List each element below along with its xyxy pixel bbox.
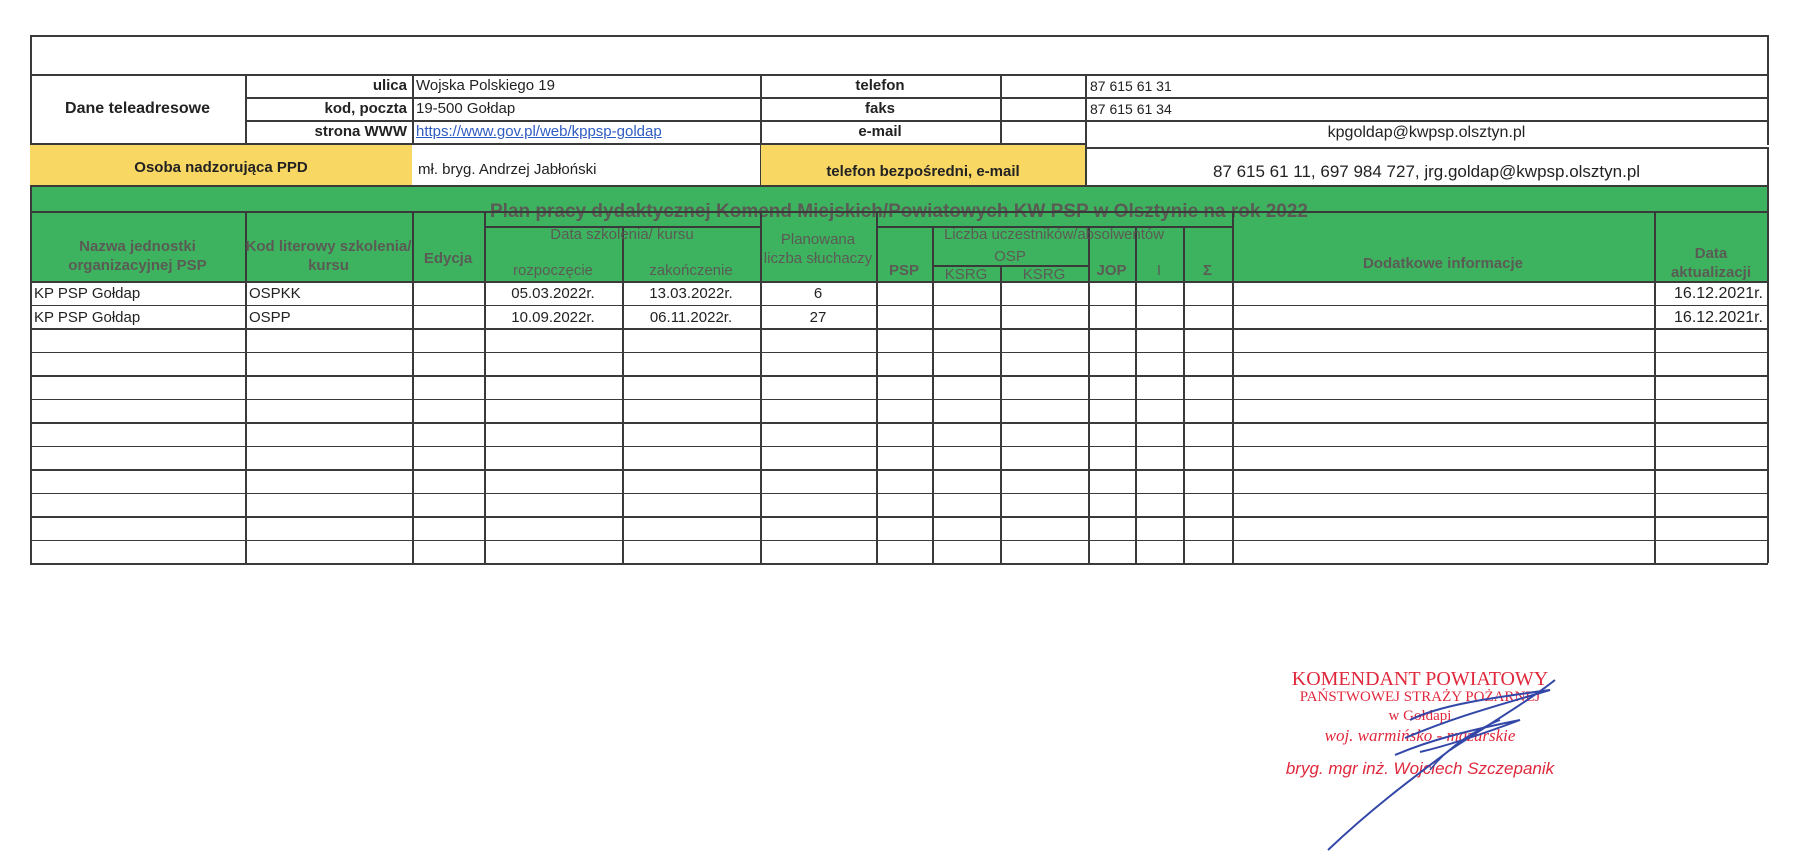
header-jop: JOP: [1088, 262, 1135, 281]
divider: [1085, 147, 1768, 149]
cell-code: OSPKK: [249, 286, 412, 301]
header-ksrg-1: KSRG: [932, 266, 1000, 285]
divider: [30, 185, 1768, 187]
phone-label: telefon: [760, 78, 1000, 93]
divider: [30, 540, 1768, 542]
header-planned: Planowana liczba słuchaczy: [760, 231, 876, 269]
signature-scribble-icon: [1300, 660, 1600, 860]
divider: [30, 305, 1768, 307]
divider: [30, 211, 1768, 213]
header-edition: Edycja: [412, 250, 484, 269]
phone-value: 87 615 61 31: [1090, 79, 1172, 93]
header-updated: Data aktualizacji: [1654, 245, 1768, 283]
email-value: kpgoldap@kwpsp.olsztyn.pl: [1085, 125, 1768, 141]
divider: [245, 97, 1768, 99]
cell-end: 06.11.2022r.: [622, 310, 760, 325]
cell-start: 10.09.2022r.: [484, 310, 622, 325]
fax-value: 87 615 61 34: [1090, 102, 1172, 116]
contact-section-label: Dane teleadresowe: [30, 101, 245, 117]
supervisor-label: Osoba nadzorująca PPD: [30, 160, 412, 175]
divider: [1000, 74, 1002, 144]
divider: [30, 493, 1768, 495]
direct-contact-label: telefon bezpośredni, e-mail: [761, 164, 1085, 179]
postal-label: kod, poczta: [245, 101, 407, 116]
divider: [245, 120, 1768, 122]
header-end: zakończenie: [622, 262, 760, 281]
divider: [30, 185, 32, 211]
cell-unit: KP PSP Gołdap: [34, 286, 245, 301]
www-label: strona WWW: [245, 124, 407, 139]
divider: [30, 352, 1768, 354]
divider: [30, 281, 1768, 283]
header-psp: PSP: [876, 262, 932, 281]
header-start: rozpoczęcie: [484, 262, 622, 281]
divider: [30, 446, 1768, 448]
divider: [30, 375, 1768, 377]
supervisor-value: mł. bryg. Andrzej Jabłoński: [418, 162, 596, 177]
header-unit: Nazwa jednostki organizacyjnej PSP: [30, 238, 245, 276]
divider: [1767, 185, 1769, 211]
cell-planned: 27: [760, 310, 876, 325]
postal-value: 19-500 Gołdap: [416, 101, 515, 116]
divider: [412, 74, 414, 144]
divider: [30, 469, 1768, 471]
www-link[interactable]: https://www.gov.pl/web/kppsp-goldap: [416, 124, 662, 139]
email-label: e-mail: [760, 124, 1000, 139]
divider: [30, 74, 1768, 76]
divider: [30, 35, 1768, 37]
divider: [30, 328, 1768, 330]
cell-start: 05.03.2022r.: [484, 286, 622, 301]
header-i: I: [1135, 262, 1183, 281]
street-value: Wojska Polskiego 19: [416, 78, 555, 93]
cell-end: 13.03.2022r.: [622, 286, 760, 301]
divider: [1000, 265, 1002, 563]
divider: [1767, 147, 1769, 185]
street-label: ulica: [245, 78, 407, 93]
divider: [30, 399, 1768, 401]
header-participants: Liczba uczestników/absolwentów: [876, 226, 1232, 245]
header-extra: Dodatkowe informacje: [1232, 255, 1654, 274]
header-ksrg-2: KSRG: [1000, 266, 1088, 285]
fax-label: faks: [760, 101, 1000, 116]
direct-contact-value: 87 615 61 11, 697 984 727, jrg.goldap@kw…: [1085, 163, 1768, 180]
divider: [30, 563, 1768, 565]
header-code: Kod literowy szkolenia/ kursu: [245, 238, 412, 276]
divider: [30, 35, 32, 145]
cell-planned: 6: [760, 286, 876, 301]
cell-code: OSPP: [249, 310, 412, 325]
divider: [30, 422, 1768, 424]
divider: [30, 516, 1768, 518]
cell-updated: 16.12.2021r.: [1654, 286, 1763, 302]
header-osp: OSP: [932, 248, 1088, 267]
header-sum: Σ: [1183, 262, 1232, 281]
cell-unit: KP PSP Gołdap: [34, 310, 245, 325]
cell-updated: 16.12.2021r.: [1654, 310, 1763, 326]
header-dates: Data szkolenia/ kursu: [484, 226, 760, 245]
